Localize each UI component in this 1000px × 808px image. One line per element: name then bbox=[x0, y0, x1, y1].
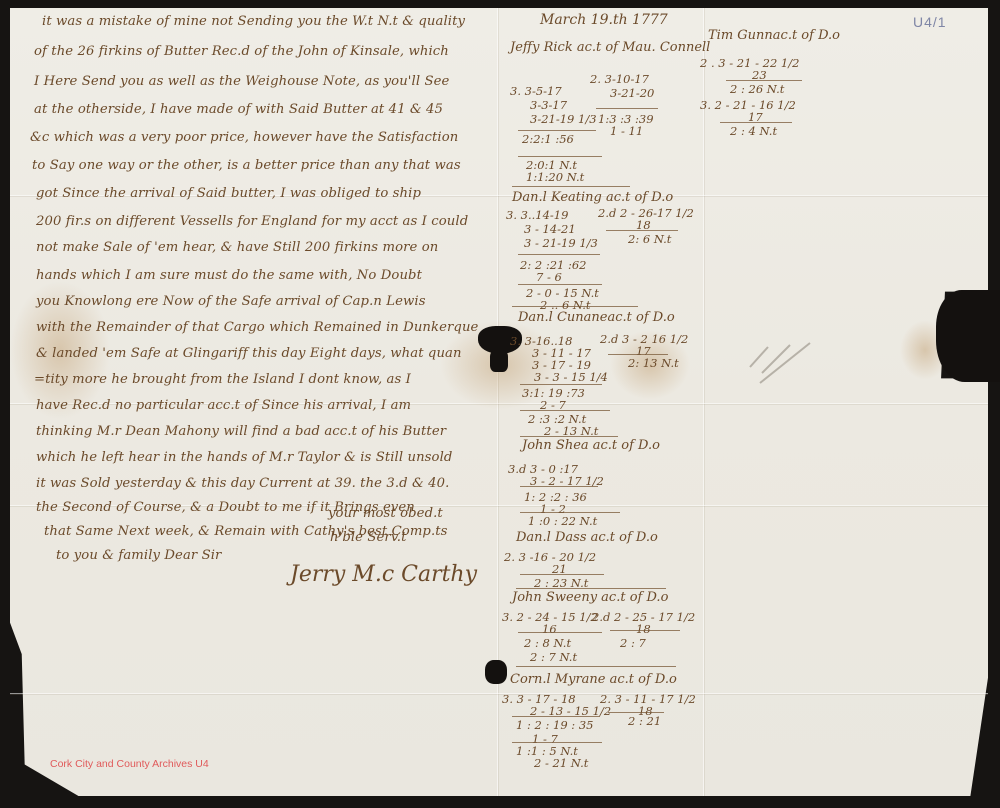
account-name: Jeffy Rick ac.t of Mau. Connell bbox=[510, 40, 710, 55]
sum-rule bbox=[520, 384, 602, 385]
account-figure: 2 : 21 bbox=[628, 714, 661, 728]
letter-line: not make Sale of 'em hear, & have Still … bbox=[36, 240, 438, 255]
account-date: March 19.th 1777 bbox=[540, 12, 668, 28]
letter-line: at the otherside, I have made of with Sa… bbox=[34, 102, 443, 117]
closing-line: your most obed.t bbox=[328, 506, 443, 521]
letter-line: 200 fir.s on different Vessells for Engl… bbox=[36, 214, 468, 229]
sum-rule bbox=[720, 122, 792, 123]
account-figure: 3 - 14-21 bbox=[524, 222, 576, 236]
letter-line: to Say one way or the other, is a better… bbox=[32, 158, 461, 173]
account-figure: 2:2:1 :56 bbox=[522, 132, 574, 146]
closing-line: h'ble Serv.t bbox=[330, 530, 407, 545]
fold-line bbox=[10, 693, 988, 694]
sum-rule bbox=[512, 306, 638, 307]
seal-hole bbox=[485, 660, 507, 684]
account-figure: 1:1:20 N.t bbox=[526, 170, 584, 184]
account-figure: 2 : 26 N.t bbox=[730, 82, 784, 96]
account-figure: 2 : 7 bbox=[620, 636, 646, 650]
letter-line: &c which was a very poor price, however … bbox=[30, 130, 458, 145]
letter-line: thinking M.r Dean Mahony will find a bad… bbox=[36, 424, 446, 439]
account-figure: 2 . 3 - 21 - 22 1/2 bbox=[700, 56, 799, 70]
fold-line bbox=[703, 8, 704, 796]
account-figure: 16 bbox=[542, 622, 557, 636]
account-figure: 1 :0 : 22 N.t bbox=[528, 514, 597, 528]
sum-rule bbox=[518, 156, 602, 157]
sum-rule bbox=[512, 186, 630, 187]
letter-line: of the 26 firkins of Butter Rec.d of the… bbox=[34, 44, 449, 59]
sum-rule bbox=[520, 512, 620, 513]
letter-line: it was Sold yesterday & this day Current… bbox=[36, 476, 449, 491]
account-figure: 18 bbox=[636, 622, 651, 636]
pencil-mark bbox=[740, 335, 820, 385]
letter-line: you Knowlong ere Now of the Safe arrival… bbox=[36, 294, 426, 309]
letter-line: & landed 'em Safe at Glingariff this day… bbox=[36, 346, 462, 361]
sum-rule bbox=[512, 716, 600, 717]
sum-rule bbox=[520, 486, 598, 487]
torn-edge bbox=[936, 290, 1000, 382]
account-figure: 3. 3-5-17 bbox=[510, 84, 562, 98]
account-figure: 3-21-19 1/3 bbox=[530, 112, 597, 126]
account-figure: 2. 3-10-17 bbox=[590, 72, 649, 86]
letter-line: with the Remainder of that Cargo which R… bbox=[36, 320, 478, 335]
sum-rule bbox=[608, 354, 668, 355]
account-name: Dan.l Dass ac.t of D.o bbox=[516, 530, 658, 545]
sum-rule bbox=[518, 632, 602, 633]
sum-rule bbox=[520, 436, 618, 437]
account-figure: 2 - 21 N.t bbox=[534, 756, 588, 770]
sum-rule bbox=[610, 630, 680, 631]
letter-line: hands which I am sure must do the same w… bbox=[36, 268, 422, 283]
account-name: John Shea ac.t of D.o bbox=[522, 438, 660, 453]
account-name: Dan.l Cunaneac.t of D.o bbox=[518, 310, 675, 325]
account-figure: 2: 13 N.t bbox=[628, 356, 679, 370]
letter-line: got Since the arrival of Said butter, I … bbox=[36, 186, 421, 201]
letter-line: =tity more he brought from the Island I … bbox=[34, 372, 411, 387]
letter-line: to you & family Dear Sir bbox=[56, 548, 221, 563]
account-figure: 3-21-20 bbox=[610, 86, 654, 100]
letter-line: have Rec.d no particular acc.t of Since … bbox=[36, 398, 411, 413]
account-figure: 1 : 2 : 19 : 35 bbox=[516, 718, 593, 732]
account-figure: 3. 3..14-19 bbox=[506, 208, 568, 222]
account-figure: 3 - 3 - 15 1/4 bbox=[534, 370, 608, 384]
account-figure: 1 - 11 bbox=[610, 124, 643, 138]
sum-rule bbox=[512, 742, 602, 743]
account-figure: 2 : 4 N.t bbox=[730, 124, 777, 138]
sum-rule bbox=[596, 108, 658, 109]
account-figure: 3-3-17 bbox=[530, 98, 567, 112]
account-figure: 2 : 7 N.t bbox=[530, 650, 577, 664]
sum-rule bbox=[518, 284, 602, 285]
signature: Jerry M.c Carthy bbox=[290, 562, 477, 587]
account-name: John Sweeny ac.t of D.o bbox=[512, 590, 668, 605]
sum-rule bbox=[516, 588, 666, 589]
sum-rule bbox=[606, 230, 678, 231]
sum-rule bbox=[516, 666, 676, 667]
account-figure: 2: 6 N.t bbox=[628, 232, 671, 246]
letter-line: it was a mistake of mine not Sending you… bbox=[42, 14, 465, 29]
archive-label: Cork City and County Archives U4 bbox=[50, 758, 209, 770]
account-name: Corn.l Myrane ac.t of D.o bbox=[510, 672, 677, 687]
account-figure: 3 - 21-19 1/3 bbox=[524, 236, 598, 250]
sum-rule bbox=[518, 130, 596, 131]
account-figure: 2 : 8 N.t bbox=[524, 636, 571, 650]
sum-rule bbox=[520, 410, 610, 411]
letter-line: which he left hear in the hands of M.r T… bbox=[36, 450, 452, 465]
sum-rule bbox=[520, 574, 604, 575]
seal-hole bbox=[490, 350, 508, 372]
account-figure: 7 - 6 bbox=[536, 270, 562, 284]
letter-line: I Here Send you as well as the Weighouse… bbox=[34, 74, 449, 89]
sum-rule bbox=[608, 712, 664, 713]
account-name: Dan.l Keating ac.t of D.o bbox=[512, 190, 673, 205]
reference-mark: U4/1 bbox=[913, 14, 947, 30]
account-figure: 2. 3 -16 - 20 1/2 bbox=[504, 550, 596, 564]
sum-rule bbox=[726, 80, 802, 81]
sum-rule bbox=[518, 254, 600, 255]
account-name: Tim Gunnac.t of D.o bbox=[708, 28, 840, 43]
